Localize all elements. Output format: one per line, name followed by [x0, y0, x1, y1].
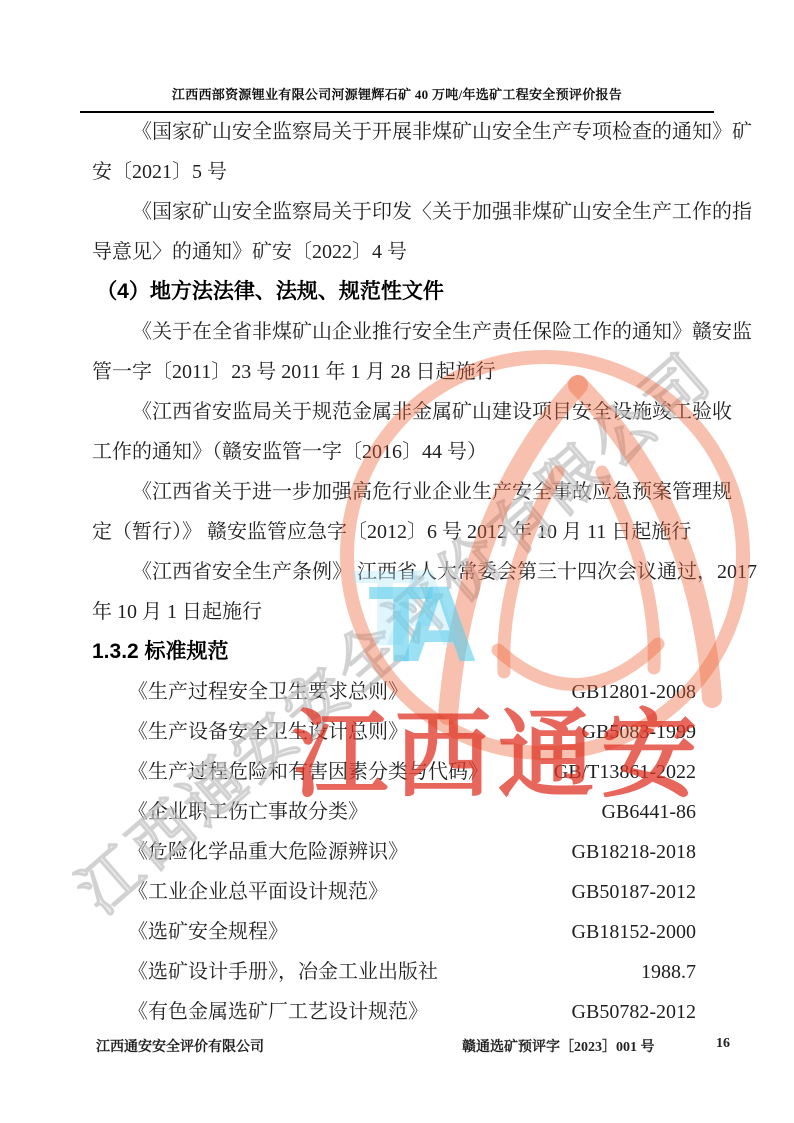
standard-row: 《危险化学品重大危险源辨识》GB18218-2018: [92, 832, 714, 872]
standard-code: GB12801-2008: [572, 672, 696, 712]
report-page: 江西西部资源锂业有限公司河源锂辉石矿 40 万吨/年选矿工程安全预评价报告 《国…: [0, 0, 794, 1123]
standard-row: 《选矿安全规程》GB18152-2000: [92, 912, 714, 952]
section-heading: 1.3.2 标准规范: [92, 632, 714, 672]
standard-name: 《选矿设计手册》，冶金工业出版社: [128, 952, 438, 992]
standard-code: GB18152-2000: [572, 912, 696, 952]
paragraph: 《江西省关于进一步加强高危行业企业生产安全事故应急预案管理规 定（暂行）》 赣安…: [92, 472, 714, 552]
standard-code: GB50187-2012: [572, 872, 696, 912]
standard-code: GB6441-86: [602, 792, 696, 832]
standard-row: 《工业企业总平面设计规范》GB50187-2012: [92, 872, 714, 912]
standard-code: GB5083-1999: [582, 712, 696, 752]
standard-code: GB50782-2012: [572, 992, 696, 1032]
footer-page-number: 16: [716, 1036, 730, 1052]
standard-code: GB/T13861-2022: [554, 752, 696, 792]
standard-name: 《有色金属选矿厂工艺设计规范》: [128, 992, 428, 1032]
section-heading: （4）地方法法律、法规、规范性文件: [92, 272, 714, 312]
footer-doc-number: 赣通选矿预评字［2023］001 号: [462, 1036, 655, 1056]
standard-name: 《生产设备安全卫生设计总则》: [128, 712, 408, 752]
text-blocks: 《国家矿山安全监察局关于开展非煤矿山安全生产专项检查的通知》矿 安〔2021〕5…: [92, 112, 714, 672]
standard-name: 《选矿安全规程》: [128, 912, 288, 952]
footer-company: 江西通安安全评价有限公司: [96, 1036, 264, 1056]
paragraph: 《江西省安监局关于规范金属非金属矿山建设项目安全设施竣工验收 工作的通知》（赣安…: [92, 392, 714, 472]
standard-code: 1988.7: [641, 952, 696, 992]
standard-row: 《生产过程危险和有害因素分类与代码》GB/T13861-2022: [92, 752, 714, 792]
standard-name: 《生产过程危险和有害因素分类与代码》: [128, 752, 488, 792]
standard-name: 《危险化学品重大危险源辨识》: [128, 832, 408, 872]
standard-code: GB18218-2018: [572, 832, 696, 872]
standard-name: 《生产过程安全卫生要求总则》: [128, 672, 408, 712]
document-body: 《国家矿山安全监察局关于开展非煤矿山安全生产专项检查的通知》矿 安〔2021〕5…: [92, 112, 714, 1032]
page-header-title: 江西西部资源锂业有限公司河源锂辉石矿 40 万吨/年选矿工程安全预评价报告: [80, 84, 714, 113]
paragraph: 《国家矿山安全监察局关于印发〈关于加强非煤矿山安全生产工作的指 导意见〉的通知》…: [92, 192, 714, 272]
standard-row: 《选矿设计手册》，冶金工业出版社1988.7: [92, 952, 714, 992]
standard-row: 《有色金属选矿厂工艺设计规范》GB50782-2012: [92, 992, 714, 1032]
standard-row: 《生产过程安全卫生要求总则》GB12801-2008: [92, 672, 714, 712]
standard-name: 《企业职工伤亡事故分类》: [128, 792, 368, 832]
paragraph: 《江西省安全生产条例》 江西省人大常委会第三十四次会议通过，2017 年 10 …: [92, 552, 714, 632]
paragraph: 《国家矿山安全监察局关于开展非煤矿山安全生产专项检查的通知》矿 安〔2021〕5…: [92, 112, 714, 192]
standard-row: 《生产设备安全卫生设计总则》GB5083-1999: [92, 712, 714, 752]
standards-list: 《生产过程安全卫生要求总则》GB12801-2008《生产设备安全卫生设计总则》…: [92, 672, 714, 1032]
standard-row: 《企业职工伤亡事故分类》GB6441-86: [92, 792, 714, 832]
standard-name: 《工业企业总平面设计规范》: [128, 872, 388, 912]
paragraph: 《关于在全省非煤矿山企业推行安全生产责任保险工作的通知》赣安监 管一字〔2011…: [92, 312, 714, 392]
